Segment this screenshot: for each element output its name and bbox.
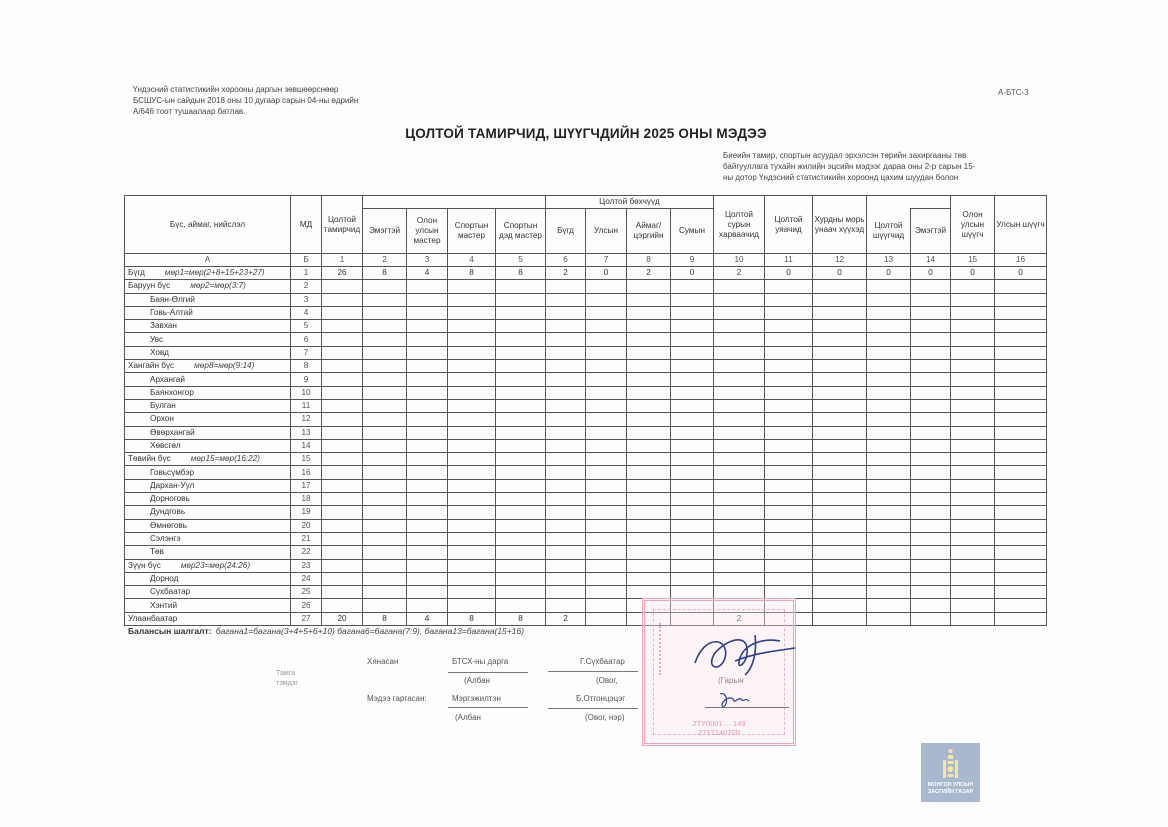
cell-value[interactable] xyxy=(586,586,627,599)
cell-value[interactable] xyxy=(867,386,911,399)
cell-value[interactable] xyxy=(322,493,363,506)
cell-value[interactable] xyxy=(765,439,813,452)
cell-value[interactable] xyxy=(671,306,714,319)
cell-value[interactable] xyxy=(322,333,363,346)
cell-value[interactable]: 0 xyxy=(911,267,951,280)
cell-value[interactable] xyxy=(951,506,995,519)
cell-value[interactable] xyxy=(627,413,671,426)
cell-value[interactable] xyxy=(995,373,1047,386)
cell-value[interactable] xyxy=(671,466,714,479)
cell-value[interactable] xyxy=(546,532,586,545)
cell-value[interactable] xyxy=(363,493,407,506)
cell-value[interactable] xyxy=(546,506,586,519)
cell-value[interactable] xyxy=(407,426,448,439)
cell-value[interactable] xyxy=(671,519,714,532)
cell-value[interactable] xyxy=(407,506,448,519)
cell-value[interactable] xyxy=(586,493,627,506)
cell-value[interactable] xyxy=(363,413,407,426)
cell-value[interactable]: 4 xyxy=(407,267,448,280)
cell-value[interactable] xyxy=(407,479,448,492)
cell-value[interactable] xyxy=(951,360,995,373)
cell-value[interactable] xyxy=(627,532,671,545)
cell-value[interactable] xyxy=(714,360,765,373)
cell-value[interactable] xyxy=(546,399,586,412)
cell-value[interactable] xyxy=(867,280,911,293)
cell-value[interactable] xyxy=(586,306,627,319)
cell-value[interactable] xyxy=(765,519,813,532)
cell-value[interactable] xyxy=(586,479,627,492)
cell-value[interactable] xyxy=(363,506,407,519)
cell-value[interactable] xyxy=(322,586,363,599)
cell-value[interactable] xyxy=(627,306,671,319)
cell-value[interactable] xyxy=(714,346,765,359)
cell-value[interactable] xyxy=(322,439,363,452)
cell-value[interactable] xyxy=(586,413,627,426)
cell-value[interactable]: 2 xyxy=(546,612,586,625)
cell-value[interactable]: 8 xyxy=(496,612,546,625)
cell-value[interactable] xyxy=(813,293,867,306)
cell-value[interactable]: 0 xyxy=(995,267,1047,280)
cell-value[interactable] xyxy=(546,293,586,306)
cell-value[interactable] xyxy=(995,346,1047,359)
cell-value[interactable] xyxy=(765,479,813,492)
cell-value[interactable]: 8 xyxy=(363,267,407,280)
cell-value[interactable] xyxy=(586,360,627,373)
cell-value[interactable] xyxy=(627,546,671,559)
cell-value[interactable] xyxy=(813,426,867,439)
cell-value[interactable] xyxy=(911,280,951,293)
cell-value[interactable] xyxy=(911,346,951,359)
cell-value[interactable] xyxy=(363,280,407,293)
cell-value[interactable] xyxy=(448,399,496,412)
cell-value[interactable] xyxy=(586,506,627,519)
cell-value[interactable] xyxy=(867,532,911,545)
cell-value[interactable] xyxy=(671,413,714,426)
cell-value[interactable] xyxy=(496,320,546,333)
cell-value[interactable] xyxy=(448,453,496,466)
cell-value[interactable] xyxy=(407,439,448,452)
cell-value[interactable] xyxy=(714,519,765,532)
cell-value[interactable] xyxy=(813,386,867,399)
cell-value[interactable] xyxy=(363,306,407,319)
cell-value[interactable] xyxy=(546,413,586,426)
cell-value[interactable] xyxy=(496,546,546,559)
cell-value[interactable] xyxy=(813,599,867,612)
cell-value[interactable] xyxy=(671,386,714,399)
cell-value[interactable] xyxy=(671,373,714,386)
cell-value[interactable]: 8 xyxy=(448,612,496,625)
cell-value[interactable] xyxy=(496,413,546,426)
cell-value[interactable] xyxy=(995,519,1047,532)
cell-value[interactable] xyxy=(627,586,671,599)
cell-value[interactable] xyxy=(448,532,496,545)
cell-value[interactable] xyxy=(322,386,363,399)
cell-value[interactable] xyxy=(586,346,627,359)
cell-value[interactable] xyxy=(765,373,813,386)
cell-value[interactable] xyxy=(995,280,1047,293)
cell-value[interactable] xyxy=(813,413,867,426)
cell-value[interactable] xyxy=(322,599,363,612)
cell-value[interactable] xyxy=(714,320,765,333)
cell-value[interactable] xyxy=(671,479,714,492)
cell-value[interactable] xyxy=(995,306,1047,319)
cell-value[interactable] xyxy=(813,466,867,479)
cell-value[interactable] xyxy=(407,532,448,545)
cell-value[interactable] xyxy=(813,519,867,532)
cell-value[interactable] xyxy=(867,306,911,319)
cell-value[interactable] xyxy=(714,546,765,559)
cell-value[interactable] xyxy=(867,293,911,306)
cell-value[interactable] xyxy=(867,479,911,492)
cell-value[interactable] xyxy=(322,373,363,386)
cell-value[interactable] xyxy=(951,293,995,306)
cell-value[interactable] xyxy=(627,386,671,399)
cell-value[interactable] xyxy=(911,559,951,572)
cell-value[interactable] xyxy=(714,493,765,506)
cell-value[interactable] xyxy=(448,413,496,426)
cell-value[interactable] xyxy=(995,320,1047,333)
cell-value[interactable] xyxy=(813,586,867,599)
cell-value[interactable] xyxy=(995,572,1047,585)
cell-value[interactable]: 2 xyxy=(546,267,586,280)
cell-value[interactable] xyxy=(363,320,407,333)
cell-value[interactable] xyxy=(546,466,586,479)
cell-value[interactable] xyxy=(671,546,714,559)
cell-value[interactable] xyxy=(765,320,813,333)
cell-value[interactable] xyxy=(911,293,951,306)
cell-value[interactable] xyxy=(363,426,407,439)
cell-value[interactable] xyxy=(627,453,671,466)
cell-value[interactable] xyxy=(448,386,496,399)
cell-value[interactable] xyxy=(627,519,671,532)
cell-value[interactable] xyxy=(322,280,363,293)
cell-value[interactable] xyxy=(496,519,546,532)
cell-value[interactable] xyxy=(765,546,813,559)
cell-value[interactable] xyxy=(322,293,363,306)
cell-value[interactable] xyxy=(714,306,765,319)
cell-value[interactable] xyxy=(911,599,951,612)
cell-value[interactable] xyxy=(322,320,363,333)
cell-value[interactable] xyxy=(867,466,911,479)
cell-value[interactable] xyxy=(671,506,714,519)
cell-value[interactable] xyxy=(496,559,546,572)
cell-value[interactable] xyxy=(363,346,407,359)
cell-value[interactable] xyxy=(765,586,813,599)
cell-value[interactable] xyxy=(407,399,448,412)
cell-value[interactable] xyxy=(911,320,951,333)
cell-value[interactable] xyxy=(546,572,586,585)
cell-value[interactable] xyxy=(322,453,363,466)
cell-value[interactable] xyxy=(813,612,867,625)
cell-value[interactable] xyxy=(363,586,407,599)
cell-value[interactable] xyxy=(765,532,813,545)
cell-value[interactable] xyxy=(951,320,995,333)
cell-value[interactable] xyxy=(546,280,586,293)
cell-value[interactable] xyxy=(586,386,627,399)
cell-value[interactable] xyxy=(407,293,448,306)
cell-value[interactable] xyxy=(911,546,951,559)
cell-value[interactable] xyxy=(322,466,363,479)
cell-value[interactable] xyxy=(951,479,995,492)
cell-value[interactable] xyxy=(448,479,496,492)
cell-value[interactable] xyxy=(496,280,546,293)
cell-value[interactable] xyxy=(867,559,911,572)
cell-value[interactable] xyxy=(671,559,714,572)
cell-value[interactable]: 20 xyxy=(322,612,363,625)
cell-value[interactable] xyxy=(911,360,951,373)
cell-value[interactable] xyxy=(496,532,546,545)
cell-value[interactable] xyxy=(546,373,586,386)
cell-value[interactable] xyxy=(951,333,995,346)
cell-value[interactable] xyxy=(765,572,813,585)
cell-value[interactable] xyxy=(765,346,813,359)
cell-value[interactable] xyxy=(813,453,867,466)
cell-value[interactable] xyxy=(995,532,1047,545)
cell-value[interactable] xyxy=(322,506,363,519)
cell-value[interactable] xyxy=(671,399,714,412)
cell-value[interactable] xyxy=(951,599,995,612)
cell-value[interactable] xyxy=(911,373,951,386)
cell-value[interactable] xyxy=(407,572,448,585)
cell-value[interactable] xyxy=(714,333,765,346)
cell-value[interactable] xyxy=(911,519,951,532)
cell-value[interactable] xyxy=(363,479,407,492)
cell-value[interactable] xyxy=(496,479,546,492)
cell-value[interactable]: 0 xyxy=(586,267,627,280)
cell-value[interactable] xyxy=(363,453,407,466)
cell-value[interactable] xyxy=(627,360,671,373)
cell-value[interactable] xyxy=(627,320,671,333)
cell-value[interactable] xyxy=(586,532,627,545)
cell-value[interactable] xyxy=(448,426,496,439)
cell-value[interactable] xyxy=(911,493,951,506)
cell-value[interactable] xyxy=(322,532,363,545)
cell-value[interactable] xyxy=(714,399,765,412)
cell-value[interactable] xyxy=(765,493,813,506)
cell-value[interactable] xyxy=(448,559,496,572)
cell-value[interactable] xyxy=(867,426,911,439)
cell-value[interactable] xyxy=(448,280,496,293)
cell-value[interactable] xyxy=(951,280,995,293)
cell-value[interactable] xyxy=(714,439,765,452)
cell-value[interactable] xyxy=(448,599,496,612)
cell-value[interactable] xyxy=(448,306,496,319)
cell-value[interactable] xyxy=(911,586,951,599)
cell-value[interactable] xyxy=(448,506,496,519)
cell-value[interactable]: 2 xyxy=(627,267,671,280)
cell-value[interactable] xyxy=(714,413,765,426)
cell-value[interactable] xyxy=(714,386,765,399)
cell-value[interactable] xyxy=(496,453,546,466)
cell-value[interactable] xyxy=(496,373,546,386)
cell-value[interactable] xyxy=(995,506,1047,519)
cell-value[interactable] xyxy=(546,333,586,346)
cell-value[interactable] xyxy=(496,346,546,359)
cell-value[interactable] xyxy=(407,493,448,506)
cell-value[interactable] xyxy=(765,399,813,412)
cell-value[interactable] xyxy=(911,439,951,452)
cell-value[interactable] xyxy=(496,333,546,346)
cell-value[interactable] xyxy=(546,599,586,612)
cell-value[interactable] xyxy=(867,439,911,452)
cell-value[interactable] xyxy=(951,559,995,572)
cell-value[interactable] xyxy=(363,399,407,412)
cell-value[interactable] xyxy=(322,572,363,585)
cell-value[interactable] xyxy=(546,493,586,506)
cell-value[interactable] xyxy=(867,373,911,386)
cell-value[interactable] xyxy=(363,439,407,452)
cell-value[interactable] xyxy=(995,599,1047,612)
cell-value[interactable] xyxy=(911,453,951,466)
cell-value[interactable] xyxy=(496,426,546,439)
cell-value[interactable] xyxy=(627,280,671,293)
cell-value[interactable] xyxy=(627,293,671,306)
cell-value[interactable] xyxy=(911,306,951,319)
cell-value[interactable] xyxy=(448,572,496,585)
cell-value[interactable] xyxy=(867,320,911,333)
cell-value[interactable] xyxy=(867,413,911,426)
cell-value[interactable] xyxy=(765,466,813,479)
cell-value[interactable] xyxy=(363,373,407,386)
cell-value[interactable] xyxy=(496,466,546,479)
cell-value[interactable] xyxy=(813,346,867,359)
cell-value[interactable] xyxy=(586,559,627,572)
cell-value[interactable] xyxy=(586,439,627,452)
cell-value[interactable] xyxy=(407,320,448,333)
cell-value[interactable] xyxy=(995,453,1047,466)
cell-value[interactable] xyxy=(363,293,407,306)
cell-value[interactable] xyxy=(627,559,671,572)
cell-value[interactable] xyxy=(363,599,407,612)
cell-value[interactable] xyxy=(496,506,546,519)
cell-value[interactable] xyxy=(813,399,867,412)
cell-value[interactable] xyxy=(586,466,627,479)
cell-value[interactable] xyxy=(951,493,995,506)
cell-value[interactable] xyxy=(448,293,496,306)
cell-value[interactable] xyxy=(714,479,765,492)
cell-value[interactable] xyxy=(671,320,714,333)
cell-value[interactable] xyxy=(995,439,1047,452)
cell-value[interactable] xyxy=(867,612,911,625)
cell-value[interactable] xyxy=(322,546,363,559)
cell-value[interactable] xyxy=(765,280,813,293)
cell-value[interactable] xyxy=(911,466,951,479)
cell-value[interactable] xyxy=(813,532,867,545)
cell-value[interactable] xyxy=(995,333,1047,346)
cell-value[interactable] xyxy=(407,413,448,426)
cell-value[interactable] xyxy=(496,386,546,399)
cell-value[interactable] xyxy=(496,493,546,506)
cell-value[interactable] xyxy=(363,572,407,585)
cell-value[interactable] xyxy=(867,333,911,346)
cell-value[interactable] xyxy=(951,572,995,585)
cell-value[interactable] xyxy=(813,320,867,333)
cell-value[interactable] xyxy=(496,586,546,599)
cell-value[interactable] xyxy=(546,439,586,452)
cell-value[interactable] xyxy=(813,559,867,572)
cell-value[interactable] xyxy=(586,546,627,559)
cell-value[interactable] xyxy=(911,532,951,545)
cell-value[interactable] xyxy=(714,532,765,545)
cell-value[interactable] xyxy=(714,559,765,572)
cell-value[interactable] xyxy=(546,546,586,559)
cell-value[interactable] xyxy=(363,466,407,479)
cell-value[interactable] xyxy=(813,280,867,293)
cell-value[interactable] xyxy=(813,479,867,492)
cell-value[interactable] xyxy=(407,386,448,399)
cell-value[interactable] xyxy=(448,546,496,559)
cell-value[interactable] xyxy=(496,599,546,612)
cell-value[interactable] xyxy=(813,360,867,373)
cell-value[interactable] xyxy=(546,586,586,599)
cell-value[interactable] xyxy=(546,559,586,572)
cell-value[interactable] xyxy=(995,293,1047,306)
cell-value[interactable] xyxy=(448,373,496,386)
cell-value[interactable] xyxy=(951,532,995,545)
cell-value[interactable] xyxy=(586,280,627,293)
cell-value[interactable] xyxy=(322,360,363,373)
cell-value[interactable] xyxy=(765,333,813,346)
cell-value[interactable] xyxy=(322,399,363,412)
cell-value[interactable] xyxy=(951,546,995,559)
cell-value[interactable] xyxy=(627,346,671,359)
cell-value[interactable] xyxy=(671,280,714,293)
cell-value[interactable] xyxy=(546,346,586,359)
cell-value[interactable] xyxy=(363,532,407,545)
cell-value[interactable] xyxy=(322,413,363,426)
cell-value[interactable] xyxy=(911,506,951,519)
cell-value[interactable] xyxy=(951,399,995,412)
cell-value[interactable] xyxy=(586,399,627,412)
cell-value[interactable] xyxy=(627,506,671,519)
cell-value[interactable] xyxy=(627,399,671,412)
cell-value[interactable] xyxy=(995,360,1047,373)
cell-value[interactable] xyxy=(546,519,586,532)
cell-value[interactable] xyxy=(496,439,546,452)
cell-value[interactable]: 26 xyxy=(322,267,363,280)
cell-value[interactable] xyxy=(867,506,911,519)
cell-value[interactable] xyxy=(867,493,911,506)
cell-value[interactable] xyxy=(867,346,911,359)
cell-value[interactable] xyxy=(363,519,407,532)
cell-value[interactable] xyxy=(911,413,951,426)
cell-value[interactable] xyxy=(627,333,671,346)
cell-value[interactable]: 8 xyxy=(363,612,407,625)
cell-value[interactable] xyxy=(407,346,448,359)
cell-value[interactable] xyxy=(671,493,714,506)
cell-value[interactable] xyxy=(951,439,995,452)
cell-value[interactable] xyxy=(765,426,813,439)
cell-value[interactable] xyxy=(627,572,671,585)
cell-value[interactable] xyxy=(448,519,496,532)
cell-value[interactable] xyxy=(867,453,911,466)
cell-value[interactable] xyxy=(586,320,627,333)
cell-value[interactable] xyxy=(627,479,671,492)
cell-value[interactable] xyxy=(586,453,627,466)
cell-value[interactable] xyxy=(671,586,714,599)
cell-value[interactable] xyxy=(995,479,1047,492)
cell-value[interactable] xyxy=(995,466,1047,479)
cell-value[interactable] xyxy=(765,506,813,519)
cell-value[interactable] xyxy=(714,586,765,599)
cell-value[interactable] xyxy=(714,453,765,466)
cell-value[interactable] xyxy=(911,399,951,412)
cell-value[interactable] xyxy=(407,306,448,319)
cell-value[interactable] xyxy=(546,426,586,439)
cell-value[interactable] xyxy=(995,493,1047,506)
cell-value[interactable] xyxy=(546,360,586,373)
cell-value[interactable] xyxy=(496,293,546,306)
